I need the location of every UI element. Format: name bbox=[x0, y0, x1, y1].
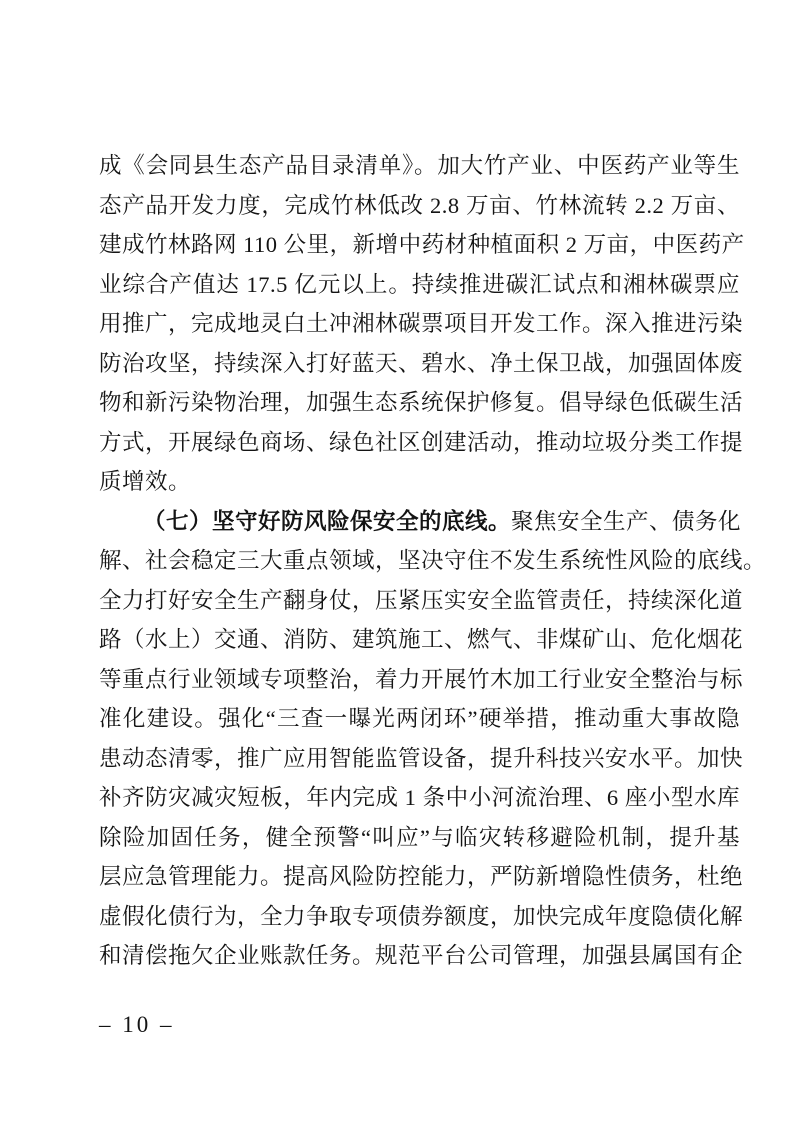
text-line: 解、社会稳定三大重点领域，坚决守住不发生系统性风险的底线。 bbox=[99, 541, 740, 581]
text-line: 全力打好安全生产翻身仗，压紧压实安全监管责任，持续深化道 bbox=[99, 581, 740, 621]
text-line: 质增效。 bbox=[99, 462, 740, 502]
text-line: 聚焦安全生产、债务化 bbox=[511, 509, 741, 534]
section-heading-line: （七）坚守好防风险保安全的底线。聚焦安全生产、债务化 bbox=[99, 502, 740, 542]
text-line: 业综合产值达 17.5 亿元以上。持续推进碳汇试点和湘林碳票应 bbox=[99, 265, 740, 305]
document-page: 成《会同县生态产品目录清单》。加大竹产业、中医药产业等生 态产品开发力度，完成竹… bbox=[0, 0, 793, 1122]
document-text-block: 成《会同县生态产品目录清单》。加大竹产业、中医药产业等生 态产品开发力度，完成竹… bbox=[99, 146, 740, 976]
text-line: 准化建设。强化“三查一曝光两闭环”硬举措，推动重大事故隐 bbox=[99, 699, 740, 739]
text-line: 路（水上）交通、消防、建筑施工、燃气、非煤矿山、危化烟花 bbox=[99, 620, 740, 660]
text-line: 补齐防灾减灾短板，年内完成 1 条中小河流治理、6 座小型水库 bbox=[99, 778, 740, 818]
text-line: 建成竹林路网 110 公里，新增中药材种植面积 2 万亩，中医药产 bbox=[99, 225, 740, 265]
text-line: 方式，开展绿色商场、绿色社区创建活动，推动垃圾分类工作提 bbox=[99, 423, 740, 463]
text-line: 除险加固任务，健全预警“叫应”与临灾转移避险机制，提升基 bbox=[99, 818, 740, 858]
text-line: 和清偿拖欠企业账款任务。规范平台公司管理，加强县属国有企 bbox=[99, 936, 740, 976]
text-line: 物和新污染物治理，加强生态系统保护修复。倡导绿色低碳生活 bbox=[99, 383, 740, 423]
text-line: 虚假化债行为，全力争取专项债券额度，加快完成年度隐债化解 bbox=[99, 897, 740, 937]
text-line: 患动态清零，推广应用智能监管设备，提升科技兴安水平。加快 bbox=[99, 739, 740, 779]
text-line: 用推广，完成地灵白土冲湘林碳票项目开发工作。深入推进污染 bbox=[99, 304, 740, 344]
section-heading: （七）坚守好防风险保安全的底线。 bbox=[143, 509, 511, 534]
text-line: 态产品开发力度，完成竹林低改 2.8 万亩、竹林流转 2.2 万亩、 bbox=[99, 186, 740, 226]
text-line: 层应急管理能力。提高风险防控能力，严防新增隐性债务，杜绝 bbox=[99, 857, 740, 897]
text-line: 防治攻坚，持续深入打好蓝天、碧水、净土保卫战，加强固体废 bbox=[99, 344, 740, 384]
page-number: – 10 – bbox=[99, 1010, 175, 1040]
text-line: 等重点行业领域专项整治，着力开展竹木加工行业安全整治与标 bbox=[99, 660, 740, 700]
text-line: 成《会同县生态产品目录清单》。加大竹产业、中医药产业等生 bbox=[99, 146, 740, 186]
